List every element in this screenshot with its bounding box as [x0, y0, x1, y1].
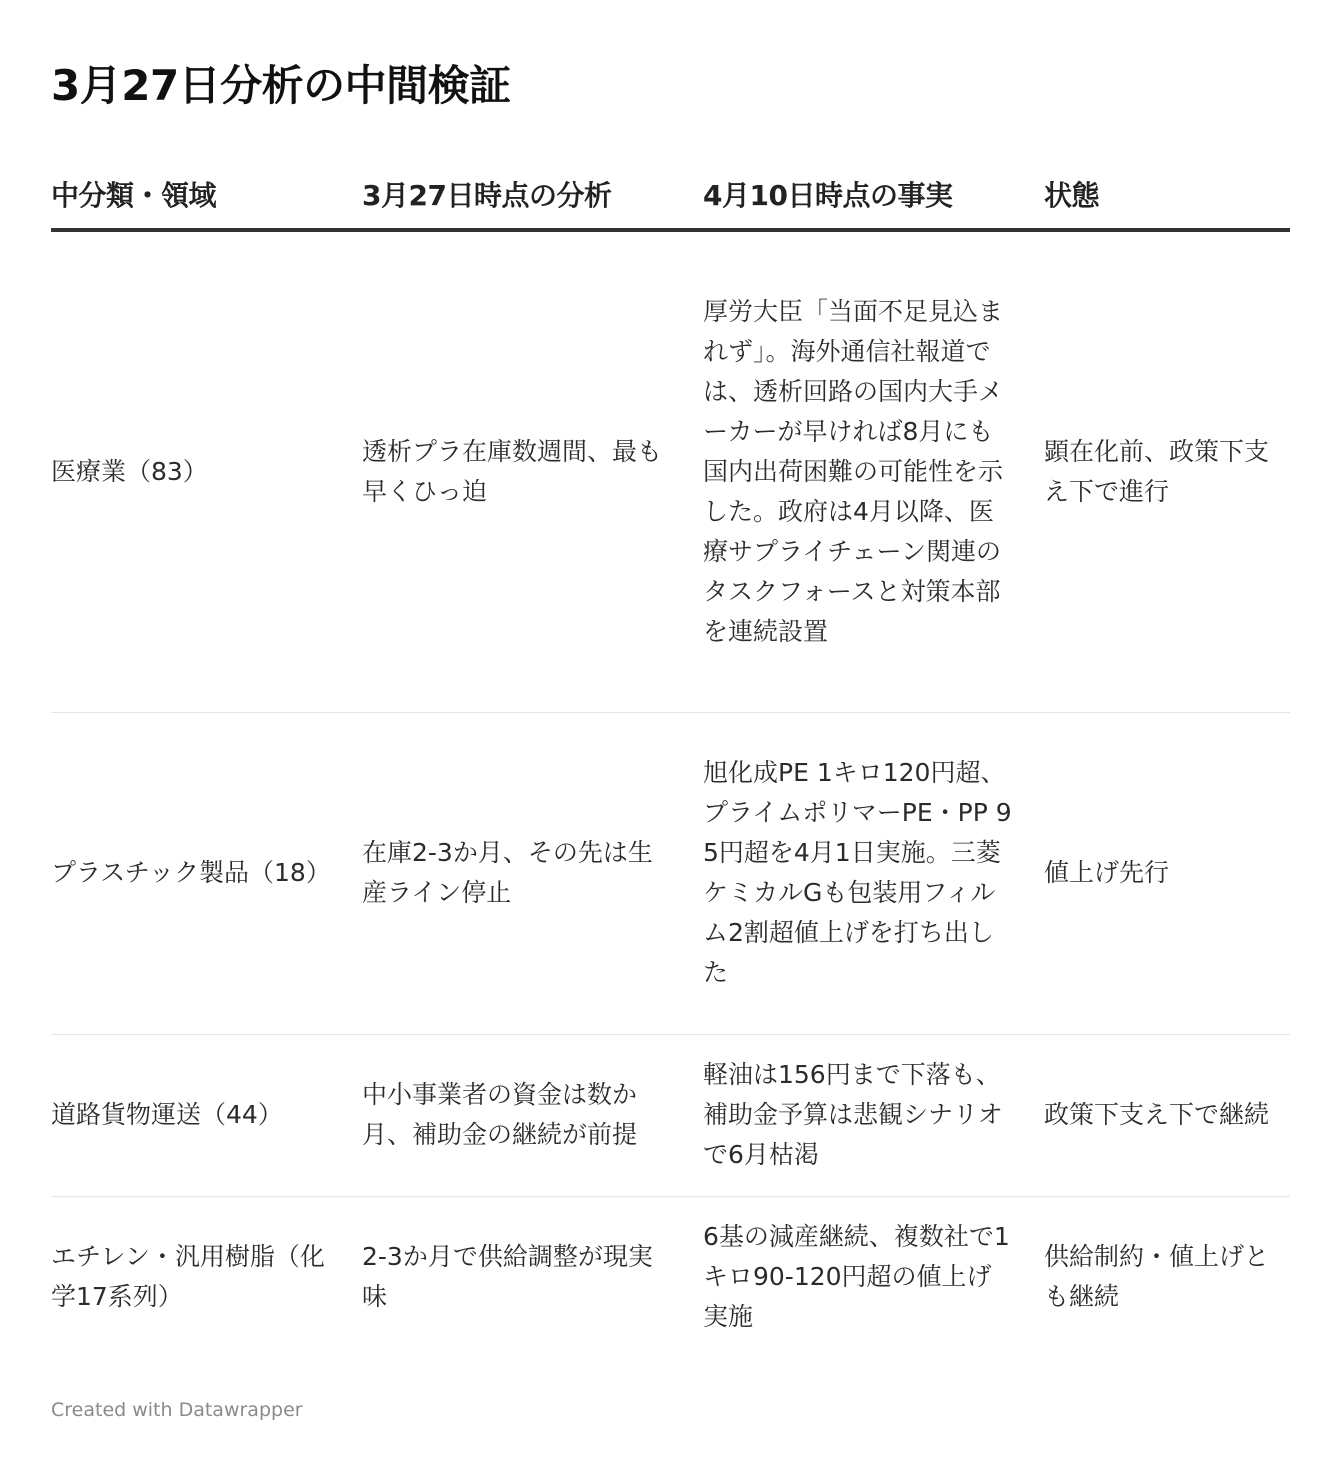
column-header-analysis-0327[interactable]: 3月27日時点の分析: [362, 160, 703, 230]
attribution-footer[interactable]: Created with Datawrapper: [51, 1399, 303, 1421]
cell-analysis-0327: 透析プラ在庫数週間、最も早くひっ迫: [362, 230, 703, 712]
cell-sector: プラスチック製品（18）: [51, 712, 362, 1034]
cell-status: 顕在化前、政策下支え下で進行: [1044, 230, 1290, 712]
table-row: 道路貨物運送（44） 中小事業者の資金は数か月、補助金の継続が前提 軽油は156…: [51, 1034, 1290, 1196]
cell-facts-0410: 6基の減産継続、複数社で1キロ90-120円超の値上げ実施: [703, 1196, 1044, 1358]
column-header-status[interactable]: 状態: [1044, 160, 1290, 230]
cell-facts-0410: 厚労大臣「当面不足見込まれず」。海外通信社報道では、透析回路の国内大手メーカーが…: [703, 230, 1044, 712]
cell-status: 政策下支え下で継続: [1044, 1034, 1290, 1196]
cell-status: 値上げ先行: [1044, 712, 1290, 1034]
cell-sector: 道路貨物運送（44）: [51, 1034, 362, 1196]
cell-status: 供給制約・値上げとも継続: [1044, 1196, 1290, 1358]
cell-facts-0410: 旭化成PE 1キロ120円超、プライムポリマーPE・PP 95円超を4月1日実施…: [703, 712, 1044, 1034]
table-row: エチレン・汎用樹脂（化学17系列） 2-3か月で供給調整が現実味 6基の減産継続…: [51, 1196, 1290, 1358]
cell-analysis-0327: 在庫2-3か月、その先は生産ライン停止: [362, 712, 703, 1034]
table-row: 医療業（83） 透析プラ在庫数週間、最も早くひっ迫 厚労大臣「当面不足見込まれず…: [51, 230, 1290, 712]
table-header-row: 中分類・領域 3月27日時点の分析 4月10日時点の事実 状態: [51, 160, 1290, 230]
column-header-sector[interactable]: 中分類・領域: [51, 160, 362, 230]
cell-analysis-0327: 中小事業者の資金は数か月、補助金の継続が前提: [362, 1034, 703, 1196]
cell-sector: エチレン・汎用樹脂（化学17系列）: [51, 1196, 362, 1358]
column-header-facts-0410[interactable]: 4月10日時点の事実: [703, 160, 1044, 230]
verification-table: 中分類・領域 3月27日時点の分析 4月10日時点の事実 状態 医療業（83） …: [51, 160, 1290, 1358]
cell-sector: 医療業（83）: [51, 230, 362, 712]
cell-facts-0410: 軽油は156円まで下落も、補助金予算は悲観シナリオで6月枯渇: [703, 1034, 1044, 1196]
cell-analysis-0327: 2-3か月で供給調整が現実味: [362, 1196, 703, 1358]
page-title: 3月27日分析の中間検証: [51, 58, 511, 114]
table-row: プラスチック製品（18） 在庫2-3か月、その先は生産ライン停止 旭化成PE 1…: [51, 712, 1290, 1034]
